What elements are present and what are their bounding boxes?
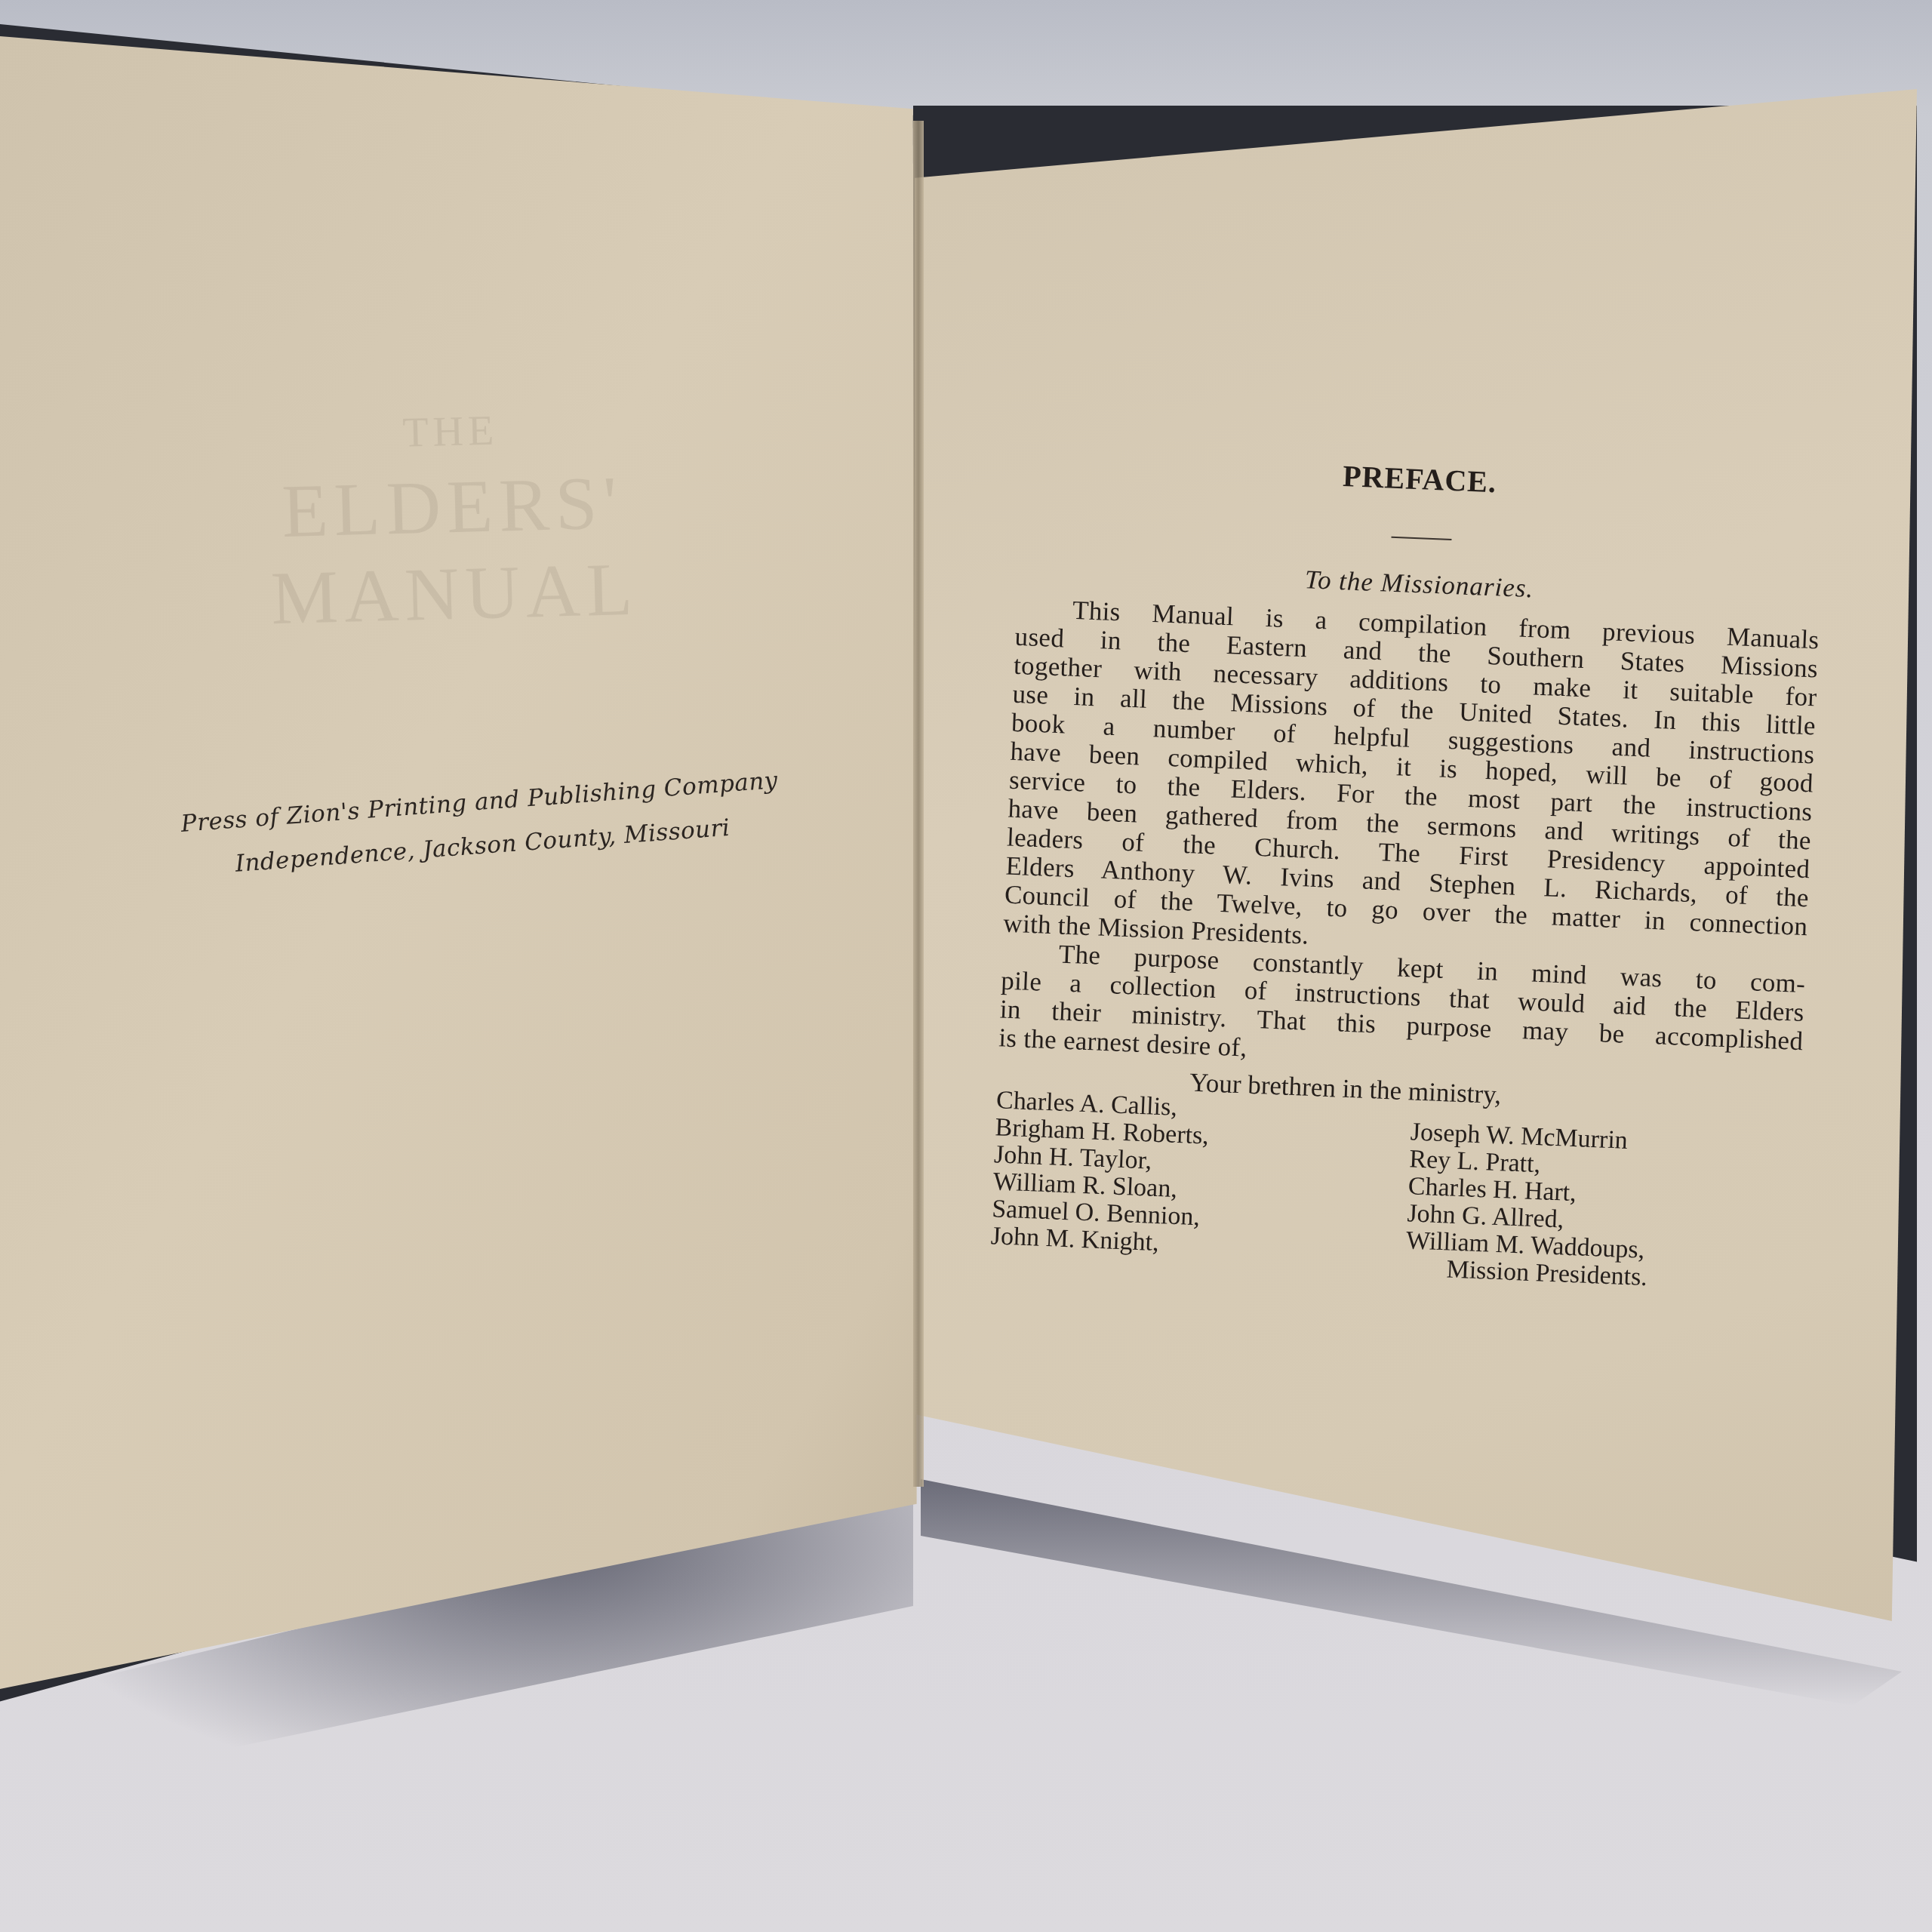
show-through-line2: ELDERS' MANUAL <box>157 456 750 645</box>
title-rule-divider <box>1391 537 1451 540</box>
signatures-right-column: Joseph W. McMurrin Rey L. Pratt, Charles… <box>1404 1118 1654 1291</box>
signature-block: Charles A. Callis, Brigham H. Roberts, J… <box>988 1091 1800 1349</box>
paragraph-1: This Manual is a compilation from previo… <box>1003 594 1820 970</box>
left-page <box>0 36 922 1689</box>
book-gutter <box>913 121 924 1487</box>
show-through-title: THE ELDERS' MANUAL <box>155 400 750 645</box>
preface-text-block: PREFACE. To the Missionaries. This Manua… <box>988 445 1826 1350</box>
signatures-left-column: Charles A. Callis, Brigham H. Roberts, J… <box>990 1087 1211 1258</box>
book-photo-scene: THE ELDERS' MANUAL Press of Zion's Print… <box>0 0 1932 1932</box>
